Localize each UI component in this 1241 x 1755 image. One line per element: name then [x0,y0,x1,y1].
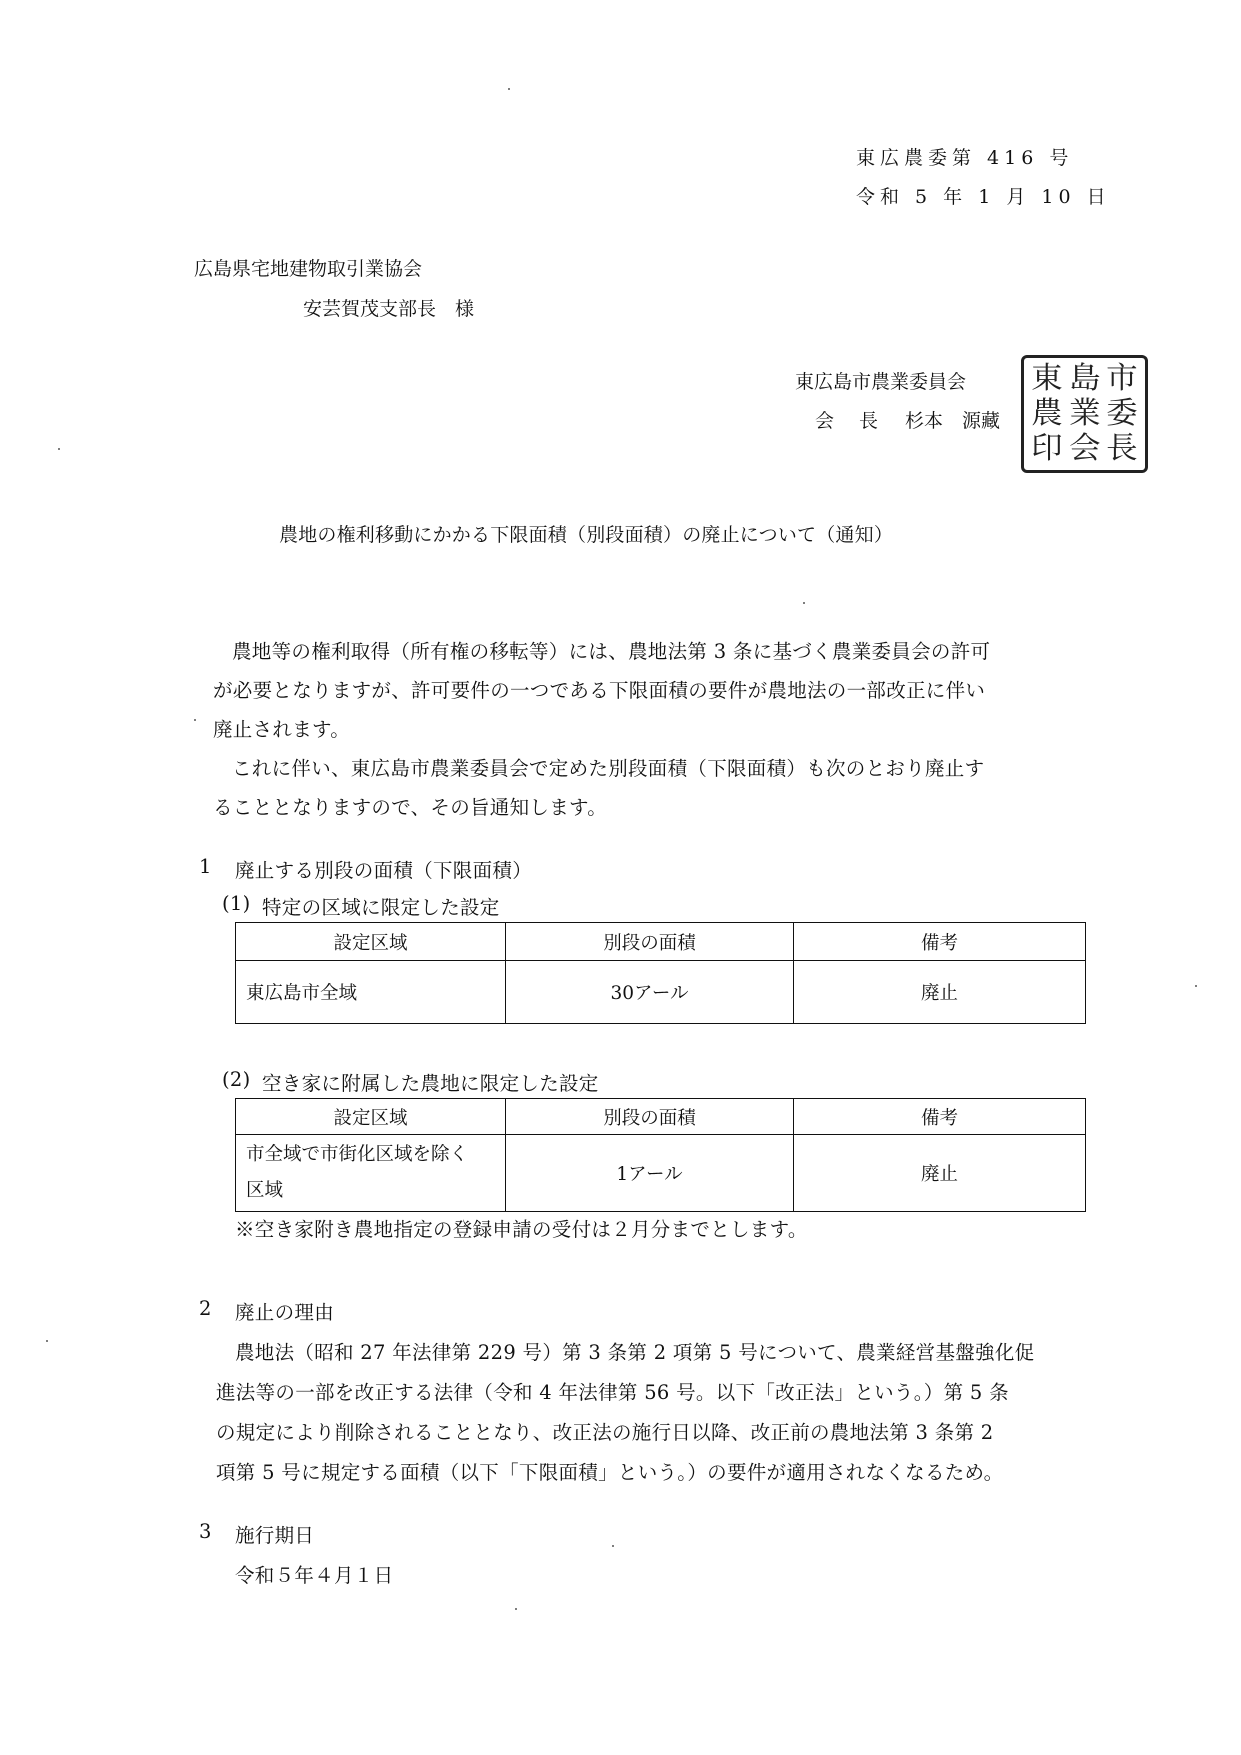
sender-name: 杉本 源藏 [905,410,1000,432]
document-title: 農地の権利移動にかかる下限面積（別段面積）の廃止について（通知） [279,520,893,547]
sender-title: 会 長 [815,410,881,432]
section1-number: 1 [199,855,212,878]
section2-line: の規定により削除されることとなり、改正法の施行日以降、改正前の農地法第 3 条第… [216,1417,994,1445]
intro-line: 廃止されます。 [213,714,350,742]
scan-speck [508,88,510,90]
intro-line: これに伴い、東広島市農業委員会で定めた別段面積（下限面積）も次のとおり廃止す [232,753,984,781]
header-cell-size: 別段の面積 [506,1099,794,1135]
seal-char: 長 [1102,431,1142,466]
seal-char: 市 [1102,362,1142,397]
section1-sub2-heading: 空き家に附属した農地に限定した設定 [262,1068,599,1096]
cell-area-line: 区域 [246,1173,495,1209]
intro-line: 農地等の権利取得（所有権の移転等）には、農地法第 3 条に基づく農業委員会の許可 [232,636,990,664]
section2-line: 項第 5 号に規定する面積（以下「下限面積」という。）の要件が適用されなくなるた… [216,1457,1003,1485]
reference-number: 東広農委第 416 号 [856,143,1073,170]
intro-line: ることとなりますので、その旨通知します。 [213,792,607,820]
sender-organization: 東広島市農業委員会 [795,371,966,393]
table-vacant-house-farmland: 設定区域 別段の面積 備考 市全域で市街化区域を除く 区域 1アール 廃止 [235,1098,1086,1212]
intro-line: が必要となりますが、許可要件の一つである下限面積の要件が農地法の一部改正に伴い [213,675,985,703]
cell-remarks: 廃止 [794,1135,1086,1212]
table-header-row: 設定区域 別段の面積 備考 [236,1099,1086,1135]
section1-heading: 廃止する別段の面積（下限面積） [235,855,532,883]
cell-size: 1アール [506,1135,794,1212]
official-seal-stamp: 東 島 市 農 業 委 印 会 長 [1021,355,1148,473]
table-row: 市全域で市街化区域を除く 区域 1アール 廃止 [236,1135,1086,1212]
seal-char: 印 [1027,431,1067,466]
section3-heading: 施行期日 [235,1520,314,1548]
issue-date: 令和 5 年 1 月 10 日 [856,182,1111,209]
cell-remarks: 廃止 [794,961,1086,1024]
section1-sub2-label: (2) [222,1068,251,1091]
seal-char: 東 [1027,362,1067,397]
table-row: 東広島市全域 30アール 廃止 [236,961,1086,1024]
seal-char: 業 [1065,397,1105,432]
recipient-title: 安芸賀茂支部長 様 [303,298,474,320]
section2-heading: 廃止の理由 [235,1297,334,1325]
scan-speck [515,1608,517,1610]
table-specific-area: 設定区域 別段の面積 備考 東広島市全域 30アール 廃止 [235,922,1086,1024]
seal-char: 会 [1065,431,1105,466]
section2-line: 農地法（昭和 27 年法律第 229 号）第 3 条第 2 項第 5 号について… [235,1337,1034,1365]
scan-speck [46,1340,48,1342]
section3-number: 3 [199,1520,212,1543]
scan-speck [1195,985,1197,987]
recipient-organization: 広島県宅地建物取引業協会 [194,258,422,280]
document-page: 東広農委第 416 号 令和 5 年 1 月 10 日 広島県宅地建物取引業協会… [0,0,1241,1755]
section2-line: 進法等の一部を改正する法律（令和 4 年法律第 56 号。以下「改正法」という。… [216,1377,1009,1405]
header-cell-remarks: 備考 [794,1099,1086,1135]
effective-date: 令和５年４月１日 [235,1560,393,1588]
cell-area: 東広島市全域 [236,961,506,1024]
cell-size: 30アール [506,961,794,1024]
scan-speck [58,448,60,450]
scan-speck [612,1545,614,1547]
table-header-row: 設定区域 別段の面積 備考 [236,923,1086,961]
scan-speck [803,602,805,604]
header-cell-area: 設定区域 [236,923,506,961]
header-cell-remarks: 備考 [794,923,1086,961]
seal-char: 委 [1102,397,1142,432]
scan-speck [194,719,196,721]
seal-char: 農 [1027,397,1067,432]
cell-area-line: 市全域で市街化区域を除く [246,1137,495,1173]
header-cell-size: 別段の面積 [506,923,794,961]
vacant-house-note: ※空き家附き農地指定の登録申請の受付は２月分までとします。 [235,1214,808,1242]
section2-number: 2 [199,1297,212,1320]
cell-area: 市全域で市街化区域を除く 区域 [236,1135,506,1212]
section1-sub1-heading: 特定の区域に限定した設定 [262,892,500,920]
section1-sub1-label: (1) [222,892,251,915]
header-cell-area: 設定区域 [236,1099,506,1135]
seal-char: 島 [1065,362,1105,397]
